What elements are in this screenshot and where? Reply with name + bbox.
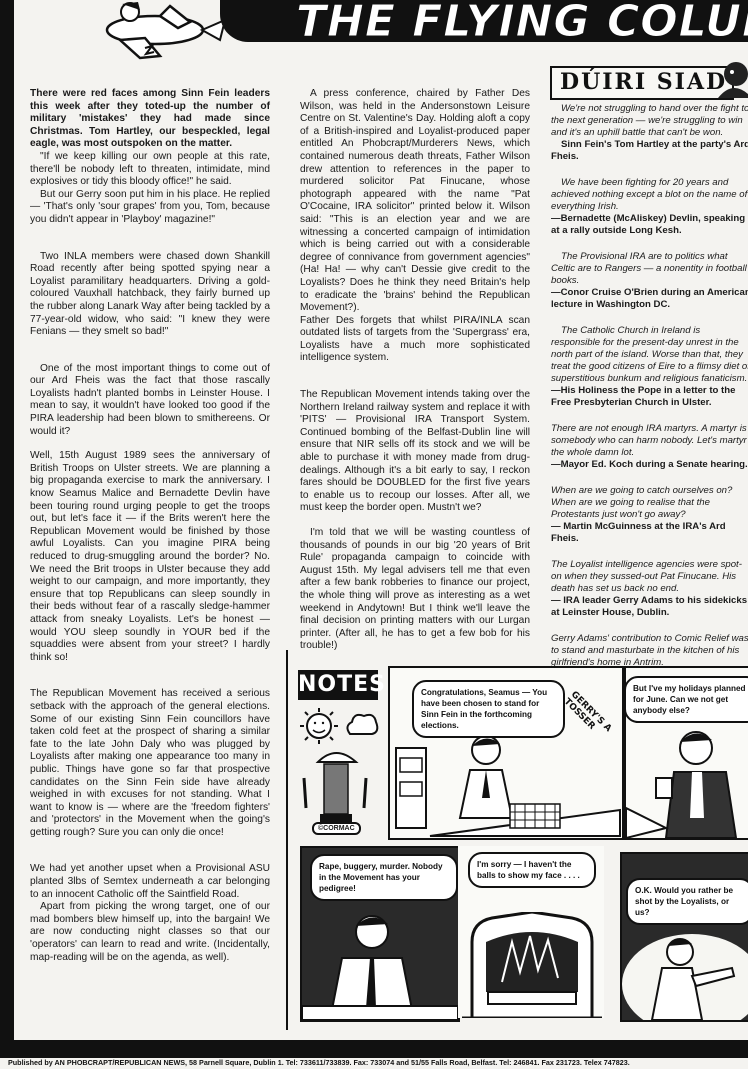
comic-panel-3: Rape, buggery, murder. Nobody in the Mov…	[300, 846, 460, 1022]
paragraph: We had yet another upset when a Provisio…	[30, 863, 270, 901]
quote-item: The Provisional IRA are to politics what…	[551, 251, 748, 311]
left-border-bar	[0, 0, 14, 1040]
artist-credit: ©CORMAC	[312, 822, 361, 835]
quote-item: We have been fighting for 20 years and a…	[551, 177, 748, 237]
cartoon-figure-icon	[714, 58, 748, 102]
speech-bubble: O.K. Would you rather be shot by the Loy…	[626, 878, 748, 925]
paragraph: Father Des forgets that whilst PIRA/INLA…	[300, 315, 530, 365]
paragraph: But our Gerry soon put him in his place.…	[30, 189, 270, 227]
comic-logo-panel: NOTES ©CORMAC	[288, 662, 384, 842]
quote-item: We're not struggling to hand over the fi…	[551, 103, 748, 163]
sun-icon	[296, 706, 342, 746]
paragraph: The Republican Movement intends taking o…	[300, 389, 530, 515]
quote-item: There are not enough IRA martyrs. A mart…	[551, 423, 748, 471]
column-1: There were red faces among Sinn Fein lea…	[30, 88, 270, 964]
comic-panel-2: But I've my holidays planned for June. C…	[624, 666, 748, 840]
paragraph: Well, 15th August 1989 sees the annivers…	[30, 450, 270, 664]
paragraph: Apart from picking the wrong target, one…	[30, 901, 270, 964]
comic-strip: NOTES ©CORMAC Congratulations, Seamus — …	[288, 662, 748, 1032]
duiri-siad-heading: DÚIRI SIAD	[560, 69, 727, 95]
cloud-icon	[344, 710, 380, 740]
column-2: A press conference, chaired by Father De…	[300, 88, 530, 653]
comic-panel-4: I'm sorry — I haven't the balls to show …	[458, 846, 604, 1018]
comic-panel-5: O.K. Would you rather be shot by the Loy…	[620, 852, 748, 1022]
man-at-bar-icon	[302, 908, 458, 1020]
paragraph: A press conference, chaired by Father De…	[300, 88, 530, 315]
seated-man-at-desk-icon	[390, 738, 622, 838]
man-with-drink-icon	[626, 728, 748, 838]
duiri-siad-quotes: We're not struggling to hand over the fi…	[551, 103, 748, 707]
pointing-man-icon	[622, 924, 748, 1020]
paragraph: "If we keep killing our own people at th…	[30, 151, 270, 189]
publisher-imprint: Published by AN PHOBCRAPT/REPUBLICAN NEW…	[8, 1058, 748, 1069]
notes-logo: NOTES	[298, 670, 378, 700]
paragraph: Two INLA members were chased down Shanki…	[30, 251, 270, 339]
speech-bubble: Congratulations, Seamus — You have been …	[412, 680, 565, 738]
lead-paragraph: There were red faces among Sinn Fein lea…	[30, 88, 270, 151]
footer-band	[0, 1040, 748, 1058]
paragraph: The Republican Movement has received a s…	[30, 688, 270, 839]
quote-item: The Loyalist intelligence agencies were …	[551, 559, 748, 619]
publication-title: THE FLYING COLUMN	[296, 0, 748, 47]
speech-bubble: But I've my holidays planned for June. C…	[624, 676, 748, 723]
masthead: THE FLYING COLUMN	[60, 0, 748, 60]
umbrella-figure-icon	[300, 748, 372, 824]
speech-bubble: Rape, buggery, murder. Nobody in the Mov…	[310, 854, 458, 901]
paragraph: I'm told that we will be wasting countle…	[300, 527, 530, 653]
flying-plane-icon	[60, 0, 240, 60]
quote-item: The Catholic Church in Ireland is respon…	[551, 325, 748, 409]
paragraph: One of the most important things to come…	[30, 363, 270, 439]
duiri-siad-heading-box: DÚIRI SIAD	[550, 66, 734, 100]
quote-item: When are we going to catch ourselves on?…	[551, 485, 748, 545]
speech-bubble: I'm sorry — I haven't the balls to show …	[468, 852, 596, 888]
comic-panel-1: Congratulations, Seamus — You have been …	[388, 666, 624, 840]
fireplace-icon	[462, 912, 602, 1018]
